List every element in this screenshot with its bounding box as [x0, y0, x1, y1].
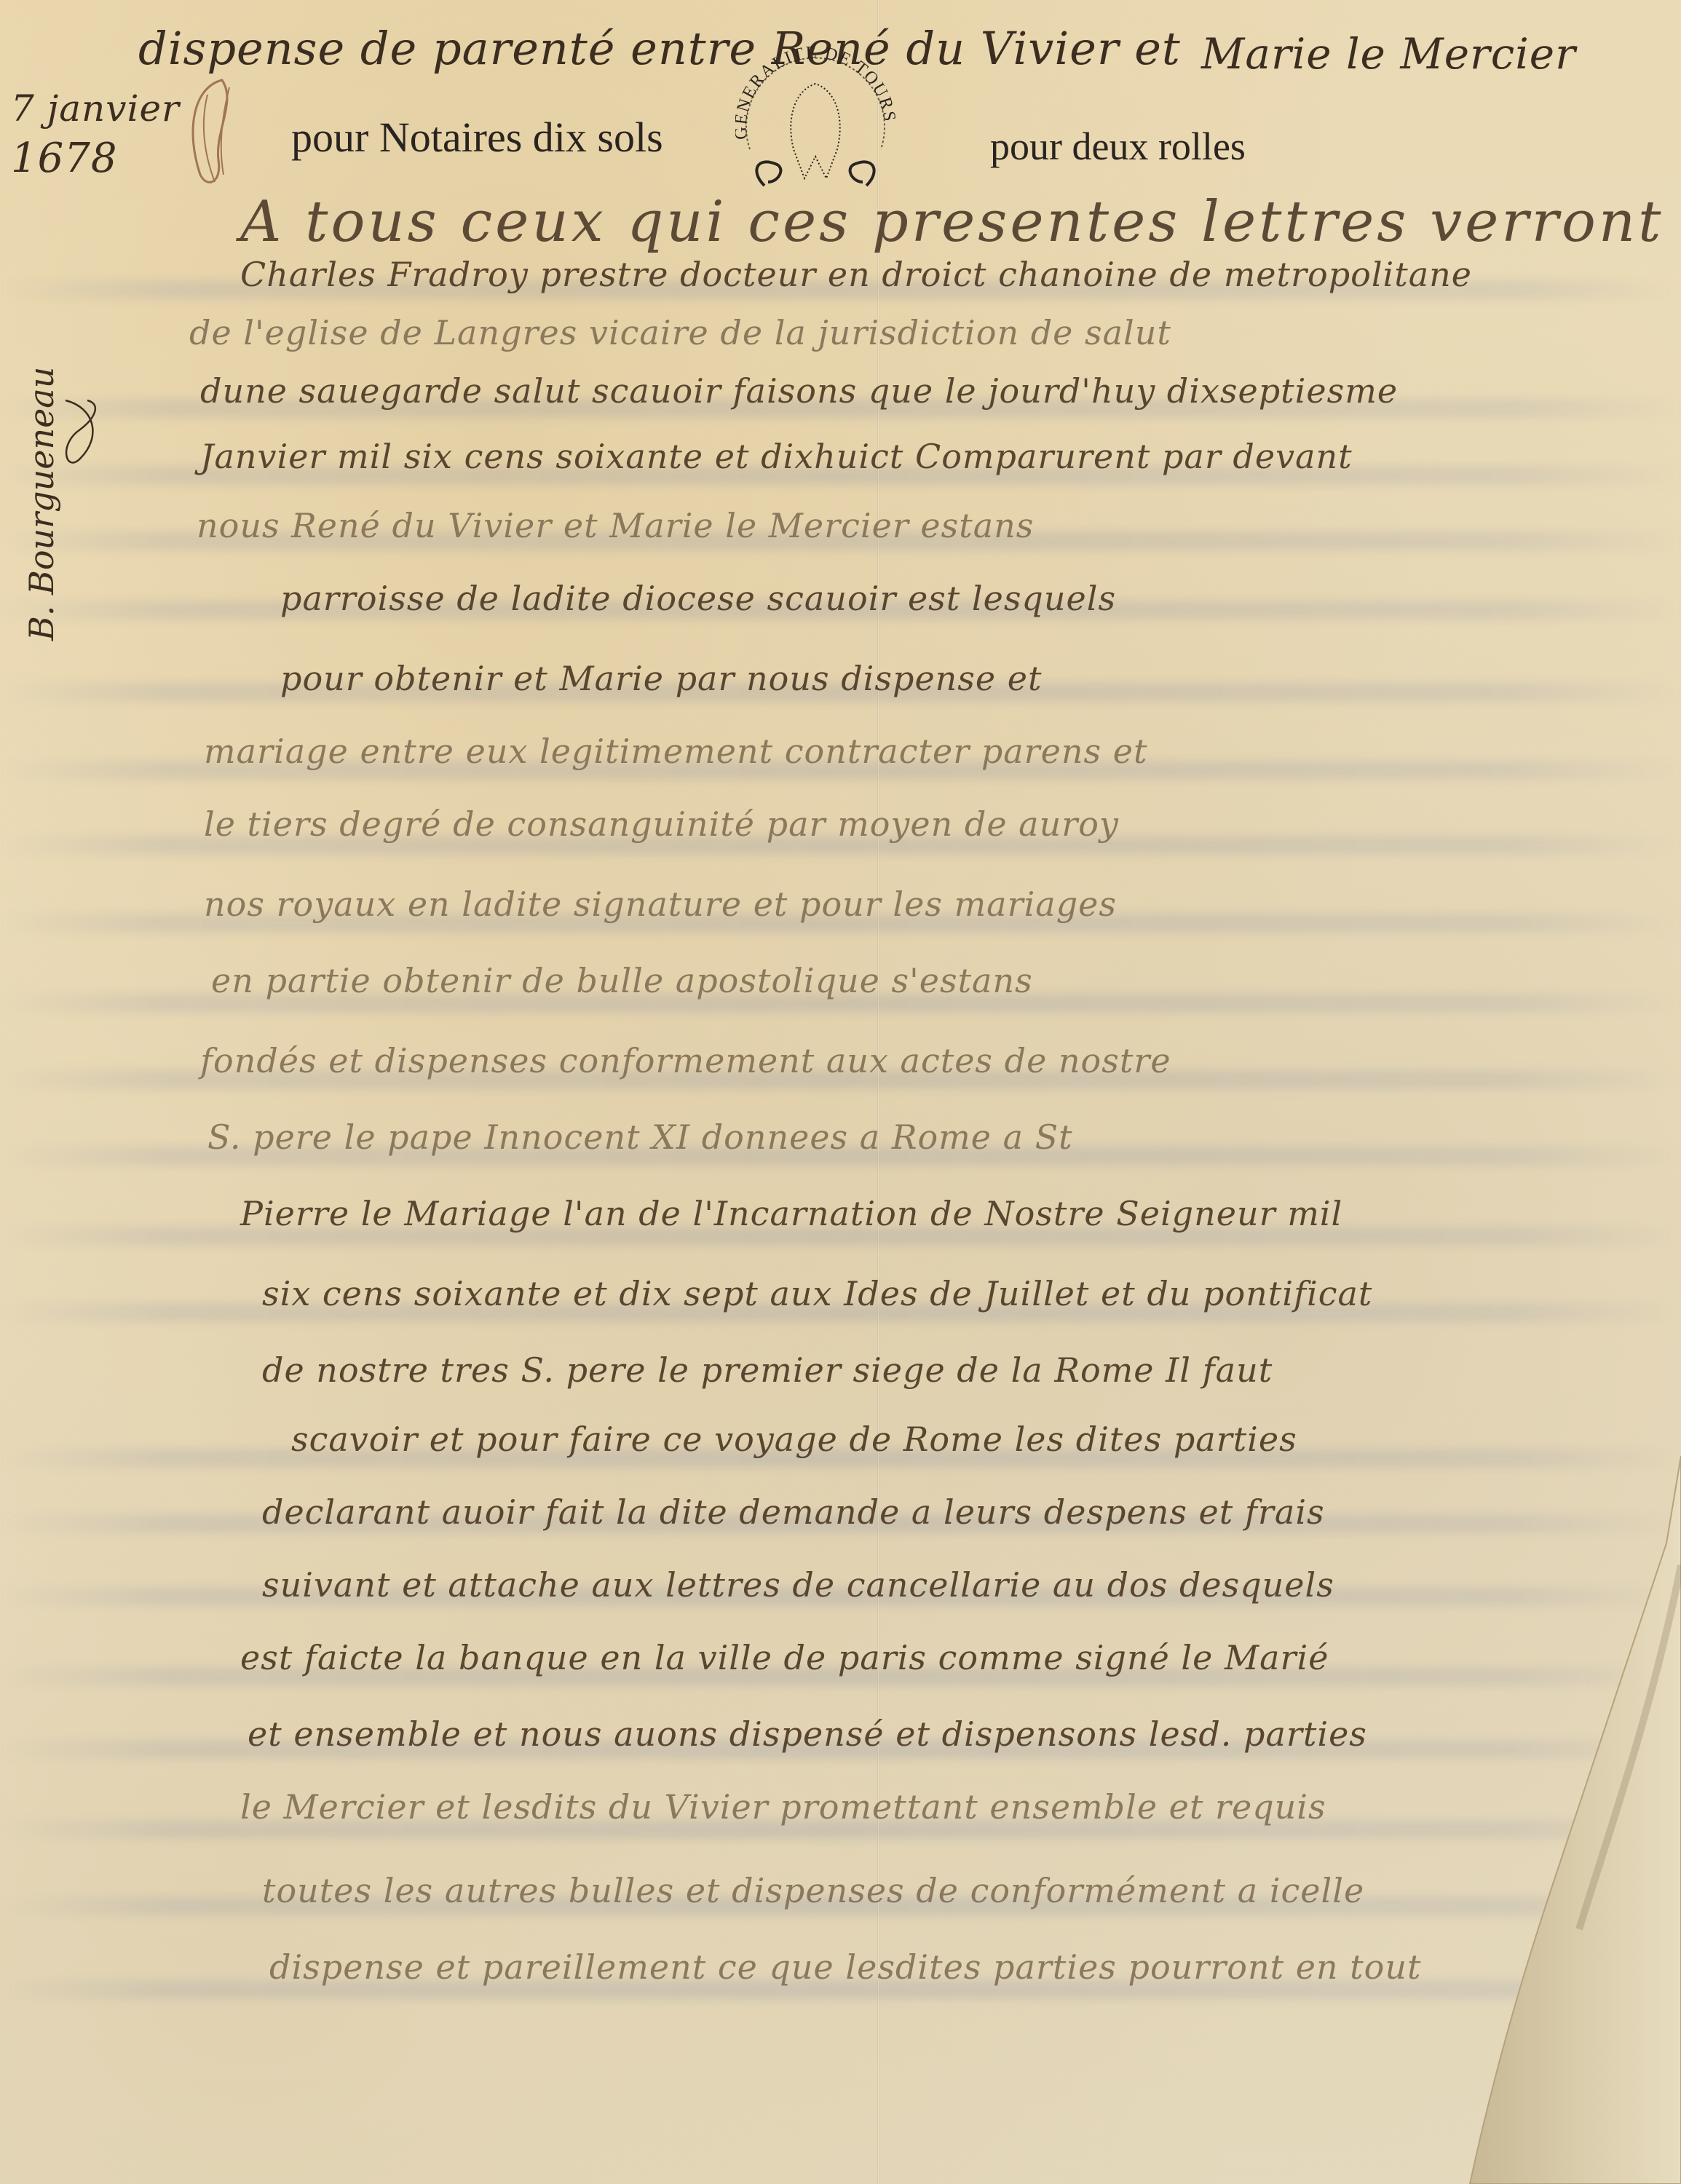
- opening-formula: A tous ceux qui ces presentes lettres ve…: [240, 189, 1664, 255]
- marginal-date-year: 1678: [11, 135, 118, 182]
- body-line: nous René du Vivier et Marie le Mercier …: [197, 506, 1034, 545]
- body-line: declarant auoir fait la dite demande a l…: [262, 1492, 1325, 1532]
- body-line: de l'eglise de Langres vicaire de la jur…: [189, 313, 1171, 352]
- body-line: en partie obtenir de bulle apostolique s…: [211, 961, 1033, 1000]
- printed-tax-notaires: pour Notaires dix sols: [291, 113, 663, 162]
- body-line: pour obtenir et Marie par nous dispense …: [280, 659, 1042, 698]
- header-note-right: Marie le Mercier: [1201, 29, 1576, 79]
- body-line: parroisse de ladite diocese scauoir est …: [280, 579, 1116, 618]
- body-line: mariage entre eux legitimement contracte…: [204, 732, 1147, 771]
- generalite-seal-icon: GENERALITE DE TOURS: [735, 40, 895, 193]
- body-line: de nostre tres S. pere le premier siege …: [262, 1350, 1273, 1390]
- body-line: Janvier mil six cens soixante et dixhuic…: [200, 437, 1353, 476]
- header-note-left: dispense de parenté entre René du Vivier…: [138, 22, 1181, 75]
- marginal-date-day: 7 janvier: [11, 87, 180, 130]
- body-line: Pierre le Mariage l'an de l'Incarnation …: [240, 1194, 1342, 1233]
- body-line: Charles Fradroy prestre docteur en droic…: [240, 255, 1472, 294]
- body-line: dune sauegarde salut scauoir faisons que…: [200, 371, 1398, 411]
- printed-tax-rolles: pour deux rolles: [990, 124, 1246, 169]
- body-line: six cens soixante et dix sept aux Ides d…: [262, 1274, 1372, 1313]
- body-line: S. pere le pape Innocent XI donnees a Ro…: [207, 1117, 1073, 1157]
- margin-paraph-icon: [51, 393, 109, 480]
- body-line: scavoir et pour faire ce voyage de Rome …: [291, 1420, 1297, 1459]
- body-line: fondés et dispenses conformement aux act…: [200, 1041, 1171, 1080]
- seal-legend: GENERALITE DE TOURS: [735, 43, 895, 140]
- body-line: nos royaux en ladite signature et pour l…: [204, 885, 1117, 924]
- paraph-flourish-icon: [178, 73, 244, 197]
- body-line: le Mercier et lesdits du Vivier prometta…: [240, 1787, 1326, 1827]
- body-line: le tiers degré de consanguinité par moye…: [204, 804, 1119, 844]
- svg-text:GENERALITE DE TOURS: GENERALITE DE TOURS: [735, 43, 895, 140]
- body-line: est faicte la banque en la ville de pari…: [240, 1638, 1329, 1677]
